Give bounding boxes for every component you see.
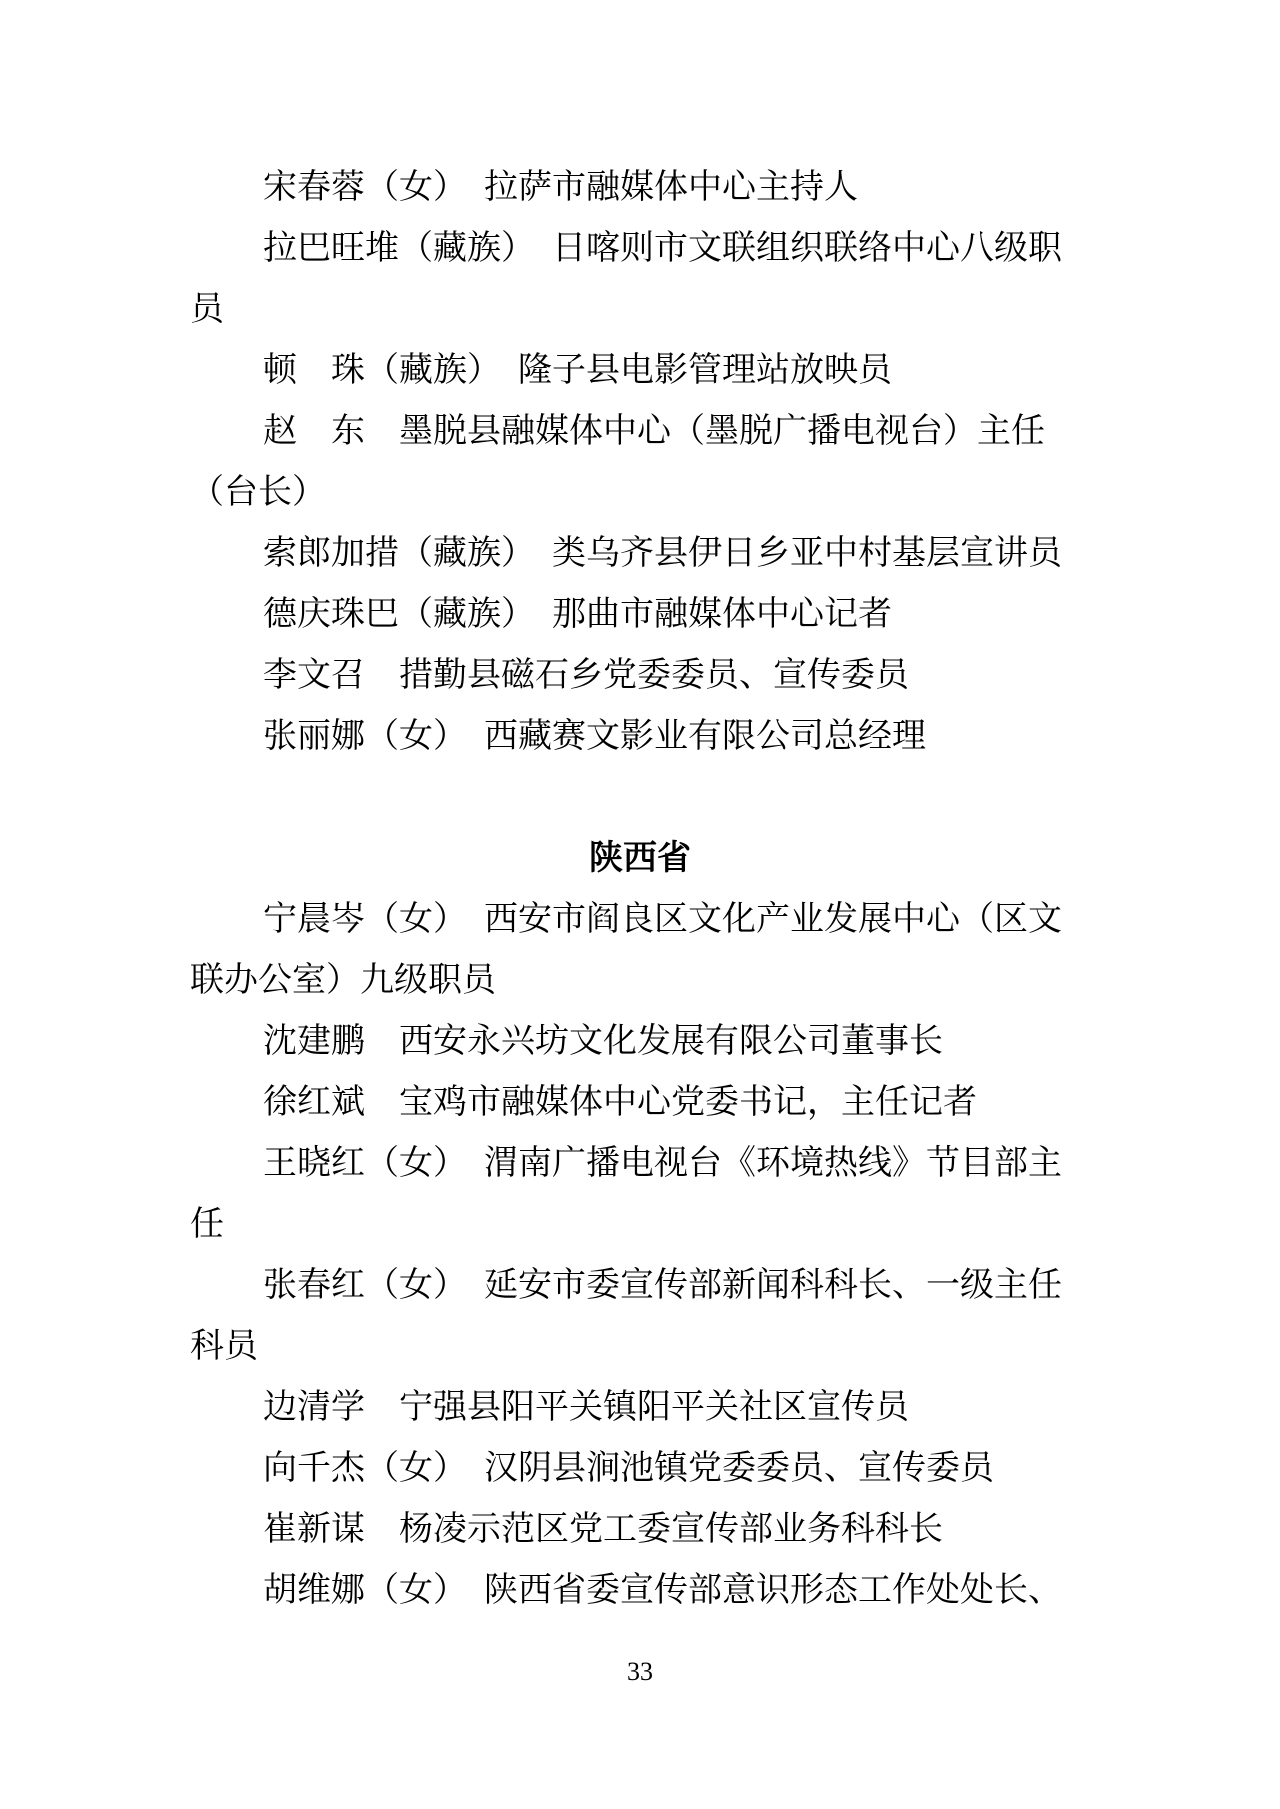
entry-line: 索郎加措（藏族） 类乌齐县伊日乡亚中村基层宣讲员 bbox=[190, 523, 1090, 584]
document-body: 宋春蓉（女） 拉萨市融媒体中心主持人 拉巴旺堆（藏族） 日喀则市文联组织联络中心… bbox=[190, 157, 1090, 1621]
entry-line: 张丽娜（女） 西藏赛文影业有限公司总经理 bbox=[190, 706, 1090, 767]
entry-continuation-line: 任 bbox=[190, 1194, 1090, 1255]
entry-continuation-line: 员 bbox=[190, 279, 1090, 340]
entry-line: 宁晨岑（女） 西安市阎良区文化产业发展中心（区文 bbox=[190, 889, 1090, 950]
entry-continuation-line: 科员 bbox=[190, 1316, 1090, 1377]
entry-line: 崔新谋 杨凌示范区党工委宣传部业务科科长 bbox=[190, 1499, 1090, 1560]
blank-line bbox=[190, 767, 1090, 828]
entry-line: 张春红（女） 延安市委宣传部新闻科科长、一级主任 bbox=[190, 1255, 1090, 1316]
entry-line: 徐红斌 宝鸡市融媒体中心党委书记，主任记者 bbox=[190, 1072, 1090, 1133]
entry-line: 向千杰（女） 汉阴县涧池镇党委委员、宣传委员 bbox=[190, 1438, 1090, 1499]
page-number: 33 bbox=[0, 1655, 1280, 1689]
section-heading: 陕西省 bbox=[190, 828, 1090, 889]
entry-continuation-line: 联办公室）九级职员 bbox=[190, 950, 1090, 1011]
entry-line: 顿 珠（藏族） 隆子县电影管理站放映员 bbox=[190, 340, 1090, 401]
entry-continuation-line: （台长） bbox=[190, 462, 1090, 523]
entry-line: 胡维娜（女） 陕西省委宣传部意识形态工作处处长、 bbox=[190, 1560, 1090, 1621]
entry-line: 德庆珠巴（藏族） 那曲市融媒体中心记者 bbox=[190, 584, 1090, 645]
entry-line: 赵 东 墨脱县融媒体中心（墨脱广播电视台）主任 bbox=[190, 401, 1090, 462]
entry-line: 拉巴旺堆（藏族） 日喀则市文联组织联络中心八级职 bbox=[190, 218, 1090, 279]
entry-line: 沈建鹏 西安永兴坊文化发展有限公司董事长 bbox=[190, 1011, 1090, 1072]
entry-line: 王晓红（女） 渭南广播电视台《环境热线》节目部主 bbox=[190, 1133, 1090, 1194]
entry-line: 宋春蓉（女） 拉萨市融媒体中心主持人 bbox=[190, 157, 1090, 218]
document-page: 宋春蓉（女） 拉萨市融媒体中心主持人 拉巴旺堆（藏族） 日喀则市文联组织联络中心… bbox=[0, 0, 1280, 1809]
entry-line: 李文召 措勤县磁石乡党委委员、宣传委员 bbox=[190, 645, 1090, 706]
entry-line: 边清学 宁强县阳平关镇阳平关社区宣传员 bbox=[190, 1377, 1090, 1438]
